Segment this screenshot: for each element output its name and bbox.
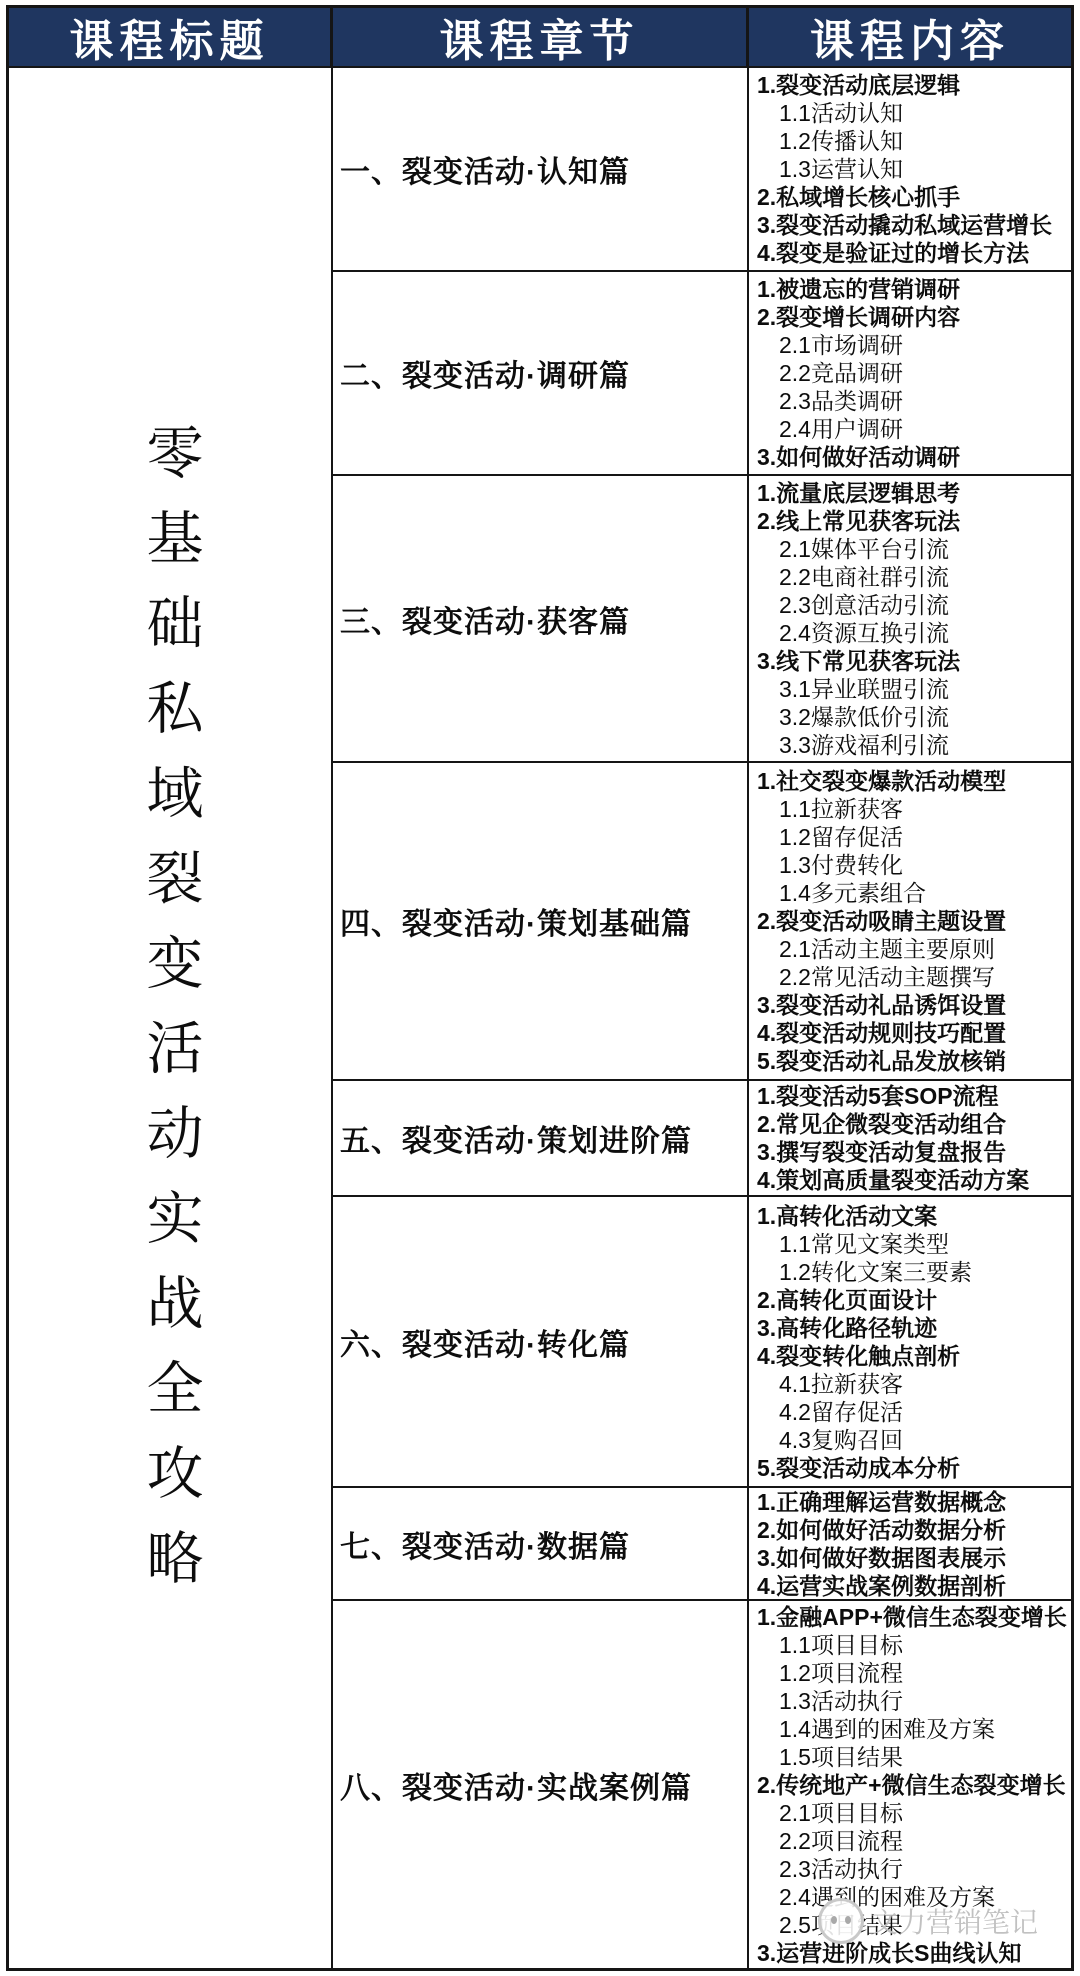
content-subitem: 1.2转化文案三要素 (757, 1258, 1067, 1286)
content-subitem: 2.1市场调研 (757, 331, 1067, 359)
content-subitem: 1.1活动认知 (757, 99, 1067, 127)
chapter-title: 三、裂变活动·获客篇 (340, 597, 630, 641)
table-header-row: 课程标题 课程章节 课程内容 (9, 8, 1071, 68)
content-item: 2.传统地产+微信生态裂变增长 (757, 1771, 1067, 1799)
chapter-title: 一、裂变活动·认知篇 (340, 147, 630, 191)
content-item: 3.线下常见获客玩法 (757, 647, 1067, 675)
content-subitem: 2.4资源互换引流 (757, 619, 1067, 647)
content-item: 1.流量底层逻辑思考 (757, 479, 1067, 507)
content-subitem: 4.3复购召回 (757, 1426, 1067, 1454)
content-item: 2.线上常见获客玩法 (757, 507, 1067, 535)
content-item: 1.正确理解运营数据概念 (757, 1488, 1067, 1516)
chapter-title-cell: 七、裂变活动·数据篇 (333, 1488, 749, 1601)
content-item: 1.被遗忘的营销调研 (757, 275, 1067, 303)
chapter-title-cell: 五、裂变活动·策划进阶篇 (333, 1081, 749, 1197)
content-subitem: 1.5项目结果 (757, 1743, 1067, 1771)
content-item: 1.金融APP+微信生态裂变增长 (757, 1603, 1067, 1631)
content-subitem: 1.4遇到的困难及方案 (757, 1715, 1067, 1743)
chapter-content-cell: 1.被遗忘的营销调研2.裂变增长调研内容2.1市场调研2.2竞品调研2.3品类调… (749, 272, 1071, 476)
content-subitem: 2.1项目目标 (757, 1799, 1067, 1827)
chapter-content-cell: 1.裂变活动5套SOP流程2.常见企微裂变活动组合3.撰写裂变活动复盘报告4.策… (749, 1081, 1071, 1197)
content-subitem: 3.1异业联盟引流 (757, 675, 1067, 703)
content-subitem: 2.3品类调研 (757, 387, 1067, 415)
content-subitem: 1.1拉新获客 (757, 795, 1067, 823)
course-title-cell: 零基础私域裂变活动实战全攻略 (9, 68, 333, 1968)
header-cell-course-content: 课程内容 (749, 8, 1071, 66)
course-outline-page: 课程标题 课程章节 课程内容 零基础私域裂变活动实战全攻略 一、裂变活动·认知篇… (0, 0, 1080, 1976)
content-item: 2.如何做好活动数据分析 (757, 1516, 1067, 1544)
content-subitem: 1.3活动执行 (757, 1687, 1067, 1715)
content-item: 4.策划高质量裂变活动方案 (757, 1166, 1067, 1194)
content-item: 4.裂变是验证过的增长方法 (757, 239, 1067, 267)
chapter-title: 七、裂变活动·数据篇 (340, 1522, 630, 1566)
content-item: 3.高转化路径轨迹 (757, 1314, 1067, 1342)
chapter-content-cell: 1.裂变活动底层逻辑1.1活动认知1.2传播认知1.3运营认知2.私域增长核心抓… (749, 68, 1071, 272)
content-subitem: 1.2项目流程 (757, 1659, 1067, 1687)
chapter-content-cell: 1.高转化活动文案1.1常见文案类型1.2转化文案三要素2.高转化页面设计3.高… (749, 1197, 1071, 1488)
content-subitem: 2.5项目结果 (757, 1911, 1067, 1939)
content-item: 5.裂变活动礼品发放核销 (757, 1047, 1067, 1075)
chapter-title: 四、裂变活动·策划基础篇 (340, 899, 692, 943)
content-item: 3.裂变活动撬动私域运营增长 (757, 211, 1067, 239)
content-subitem: 1.2传播认知 (757, 127, 1067, 155)
content-item: 1.裂变活动5套SOP流程 (757, 1082, 1067, 1110)
content-item: 4.运营实战案例数据剖析 (757, 1572, 1067, 1600)
content-item: 2.常见企微裂变活动组合 (757, 1110, 1067, 1138)
content-subitem: 2.1活动主题主要原则 (757, 935, 1067, 963)
content-subitem: 2.2常见活动主题撰写 (757, 963, 1067, 991)
content-item: 2.高转化页面设计 (757, 1286, 1067, 1314)
content-item: 2.裂变活动吸睛主题设置 (757, 907, 1067, 935)
chapter-content-cell: 1.正确理解运营数据概念2.如何做好活动数据分析3.如何做好数据图表展示4.运营… (749, 1488, 1071, 1601)
content-subitem: 1.1项目目标 (757, 1631, 1067, 1659)
chapter-title: 五、裂变活动·策划进阶篇 (340, 1116, 692, 1160)
content-item: 3.如何做好数据图表展示 (757, 1544, 1067, 1572)
header-cell-course-chapter: 课程章节 (333, 8, 749, 66)
content-item: 4.裂变活动规则技巧配置 (757, 1019, 1067, 1047)
chapter-title-cell: 一、裂变活动·认知篇 (333, 68, 749, 272)
chapter-content-cell: 1.流量底层逻辑思考2.线上常见获客玩法2.1媒体平台引流2.2电商社群引流2.… (749, 476, 1071, 763)
course-title-vertical-text: 零基础私域裂变活动实战全攻略 (129, 423, 211, 1613)
content-subitem: 2.1媒体平台引流 (757, 535, 1067, 563)
content-subitem: 2.2电商社群引流 (757, 563, 1067, 591)
content-item: 5.裂变活动成本分析 (757, 1454, 1067, 1482)
content-item: 2.私域增长核心抓手 (757, 183, 1067, 211)
content-subitem: 4.1拉新获客 (757, 1370, 1067, 1398)
content-item: 1.裂变活动底层逻辑 (757, 71, 1067, 99)
content-subitem: 1.2留存促活 (757, 823, 1067, 851)
content-item: 3.撰写裂变活动复盘报告 (757, 1138, 1067, 1166)
course-outline-table: 课程标题 课程章节 课程内容 零基础私域裂变活动实战全攻略 一、裂变活动·认知篇… (6, 5, 1074, 1971)
chapter-title-cell: 六、裂变活动·转化篇 (333, 1197, 749, 1488)
content-item: 3.裂变活动礼品诱饵设置 (757, 991, 1067, 1019)
content-subitem: 1.1常见文案类型 (757, 1230, 1067, 1258)
chapter-content-cell: 1.社交裂变爆款活动模型1.1拉新获客1.2留存促活1.3付费转化1.4多元素组… (749, 763, 1071, 1081)
content-item: 3.运营进阶成长S曲线认知 (757, 1939, 1067, 1967)
chapter-title-cell: 八、裂变活动·实战案例篇 (333, 1601, 749, 1968)
content-subitem: 2.3创意活动引流 (757, 591, 1067, 619)
content-subitem: 3.3游戏福利引流 (757, 731, 1067, 759)
content-item: 4.裂变转化触点剖析 (757, 1342, 1067, 1370)
content-subitem: 2.3活动执行 (757, 1855, 1067, 1883)
header-cell-course-title: 课程标题 (9, 8, 333, 66)
chapter-title-cell: 三、裂变活动·获客篇 (333, 476, 749, 763)
chapter-title: 六、裂变活动·转化篇 (340, 1320, 630, 1364)
content-item: 1.高转化活动文案 (757, 1202, 1067, 1230)
content-subitem: 1.3付费转化 (757, 851, 1067, 879)
chapter-title: 二、裂变活动·调研篇 (340, 351, 630, 395)
chapter-title-cell: 四、裂变活动·策划基础篇 (333, 763, 749, 1081)
content-item: 3.如何做好活动调研 (757, 443, 1067, 471)
content-subitem: 2.2项目流程 (757, 1827, 1067, 1855)
content-subitem: 2.2竞品调研 (757, 359, 1067, 387)
content-subitem: 1.4多元素组合 (757, 879, 1067, 907)
content-item: 2.裂变增长调研内容 (757, 303, 1067, 331)
content-subitem: 1.3运营认知 (757, 155, 1067, 183)
chapter-title: 八、裂变活动·实战案例篇 (340, 1763, 692, 1807)
content-subitem: 3.2爆款低价引流 (757, 703, 1067, 731)
content-subitem: 2.4遇到的困难及方案 (757, 1883, 1067, 1911)
table-body: 零基础私域裂变活动实战全攻略 一、裂变活动·认知篇1.裂变活动底层逻辑1.1活动… (9, 68, 1071, 1968)
content-item: 1.社交裂变爆款活动模型 (757, 767, 1067, 795)
content-subitem: 4.2留存促活 (757, 1398, 1067, 1426)
content-subitem: 2.4用户调研 (757, 415, 1067, 443)
chapter-title-cell: 二、裂变活动·调研篇 (333, 272, 749, 476)
chapter-content-cell: 1.金融APP+微信生态裂变增长1.1项目目标1.2项目流程1.3活动执行1.4… (749, 1601, 1071, 1968)
